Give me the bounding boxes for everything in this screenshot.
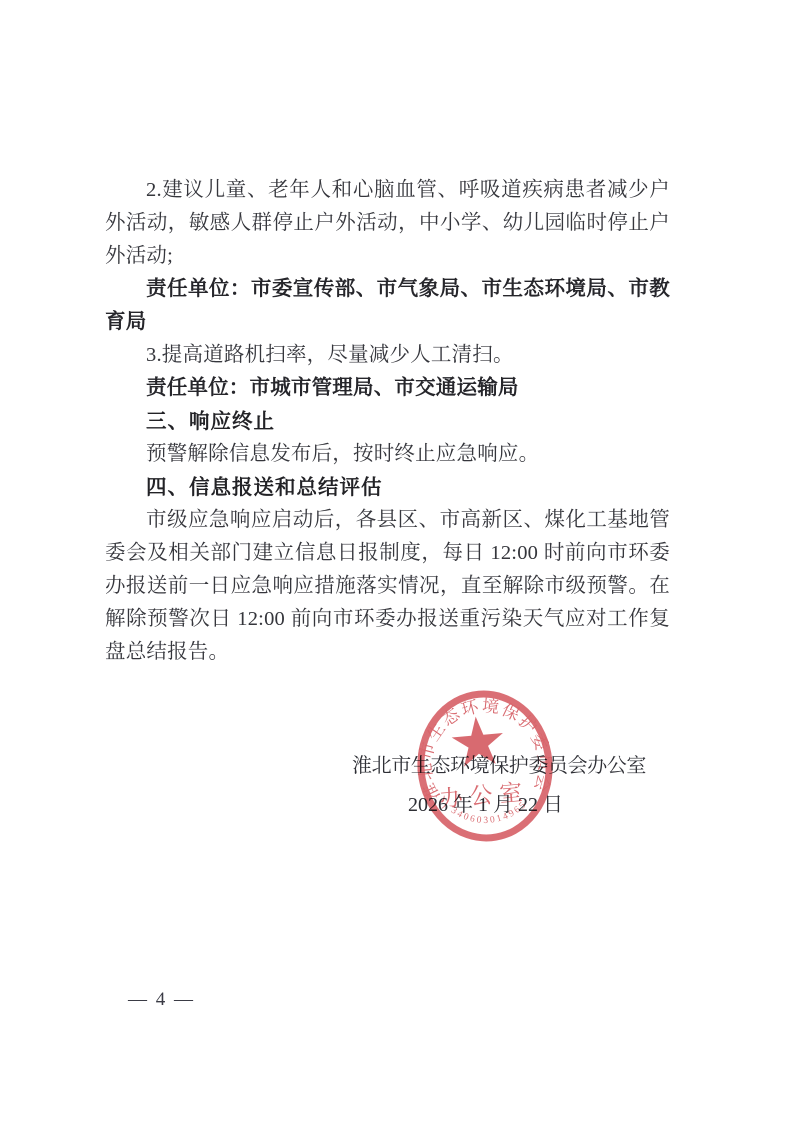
doc-line: 办报送前一日应急响应措施落实情况，直至解除市级预警。在: [105, 570, 670, 603]
doc-line: 预警解除信息发布后，按时终止应急响应。: [105, 438, 670, 471]
section-heading: 四、信息报送和总结评估: [105, 471, 670, 504]
doc-line: 外活动，敏感人群停止户外活动，中小学、幼儿园临时停止户: [105, 207, 670, 240]
section-heading: 三、响应终止: [105, 405, 670, 438]
doc-line-responsible-unit: 育局: [105, 306, 670, 339]
doc-line: 解除预警次日 12:00 前向市环委办报送重污染天气应对工作复: [105, 603, 670, 636]
page-number: — 4 —: [128, 989, 195, 1011]
doc-line: 3.提高道路机扫率，尽量减少人工清扫。: [105, 339, 670, 372]
doc-line: 市级应急响应启动后，各县区、市高新区、煤化工基地管: [105, 504, 670, 537]
doc-line: 盘总结报告。: [105, 636, 670, 669]
doc-line-responsible-unit: 责任单位：市城市管理局、市交通运输局: [105, 372, 670, 405]
body-text-block: 2.建议儿童、老年人和心脑血管、呼吸道疾病患者减少户 外活动，敏感人群停止户外活…: [105, 174, 670, 669]
document-page: 2.建议儿童、老年人和心脑血管、呼吸道疾病患者减少户 外活动，敏感人群停止户外活…: [0, 0, 793, 1122]
doc-line: 2.建议儿童、老年人和心脑血管、呼吸道疾病患者减少户: [105, 174, 670, 207]
doc-line-responsible-unit: 责任单位：市委宣传部、市气象局、市生态环境局、市教: [105, 273, 670, 306]
official-seal: 淮北市生态环境保护委员会 办公室 340603014965: [412, 686, 558, 846]
doc-line: 外活动;: [105, 240, 670, 273]
doc-line: 委会及相关部门建立信息日报制度，每日 12:00 时前向市环委: [105, 537, 670, 570]
